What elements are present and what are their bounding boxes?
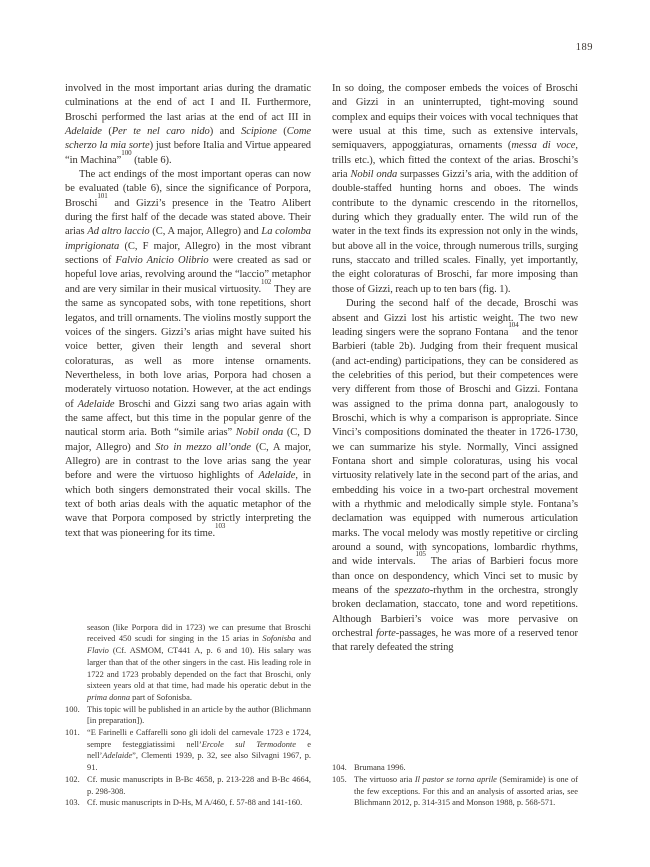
footnote-number: 100. bbox=[65, 704, 87, 727]
footnote-text: Cf. music manuscripts in D-Hs, M A/460, … bbox=[87, 797, 311, 809]
italic-text: Scipione bbox=[241, 126, 277, 137]
italic-text: spezzato bbox=[395, 585, 430, 596]
footnote-text: This topic will be published in an artic… bbox=[87, 704, 311, 727]
right-column: In so doing, the composer embeds the voi… bbox=[332, 82, 578, 809]
text-columns: involved in the most important arias dur… bbox=[65, 82, 578, 809]
footnote-number: 105. bbox=[332, 774, 354, 809]
footnote-ref: 100 bbox=[121, 149, 131, 157]
footnote: 100.This topic will be published in an a… bbox=[65, 704, 311, 727]
footnote-number: 103. bbox=[65, 797, 87, 809]
italic-text: Ercole sul Termodonte bbox=[202, 740, 296, 749]
paragraph: During the second half of the decade, Br… bbox=[332, 297, 578, 656]
footnote: season (like Porpora did in 1723) we can… bbox=[65, 622, 311, 704]
footnote-ref: 101 bbox=[97, 192, 107, 200]
footnote: 102.Cf. music manuscripts in B-Bc 4658, … bbox=[65, 774, 311, 797]
footnote-number: 102. bbox=[65, 774, 87, 797]
italic-text: Adelaide bbox=[102, 751, 132, 760]
footnote-ref: 104 bbox=[508, 321, 518, 329]
left-column-footnotes: season (like Porpora did in 1723) we can… bbox=[65, 622, 311, 809]
left-column-body: involved in the most important arias dur… bbox=[65, 82, 311, 541]
footnote-number bbox=[65, 622, 87, 704]
footnote-text: Cf. music manuscripts in B-Bc 4658, p. 2… bbox=[87, 774, 311, 797]
italic-text: Il pastor se torna aprile bbox=[415, 775, 497, 784]
italic-text: Nobil onda bbox=[350, 169, 397, 180]
footnote-number: 101. bbox=[65, 727, 87, 774]
italic-text: Adelaide bbox=[78, 399, 115, 410]
footnote-text: Brumana 1996. bbox=[354, 762, 578, 774]
footnote-text: “E Farinelli e Caffarelli sono gli idoli… bbox=[87, 727, 311, 774]
footnote-ref: 103 bbox=[215, 522, 225, 530]
document-page: 189 involved in the most important arias… bbox=[0, 0, 650, 867]
italic-text: Flavio bbox=[87, 646, 109, 655]
footnote: 104.Brumana 1996. bbox=[332, 762, 578, 774]
italic-text: Sofonisba bbox=[262, 634, 295, 643]
paragraph: The act endings of the most important op… bbox=[65, 168, 311, 541]
italic-text: messa di voce bbox=[511, 140, 575, 151]
italic-text: Per te nel caro nido bbox=[112, 126, 210, 137]
italic-text: Sto in mezzo all’onde bbox=[155, 442, 251, 453]
italic-text: prima donna bbox=[87, 693, 130, 702]
footnote: 103.Cf. music manuscripts in D-Hs, M A/4… bbox=[65, 797, 311, 809]
right-column-body: In so doing, the composer embeds the voi… bbox=[332, 82, 578, 656]
footnote-number: 104. bbox=[332, 762, 354, 774]
footnote: 101.“E Farinelli e Caffarelli sono gli i… bbox=[65, 727, 311, 774]
left-column: involved in the most important arias dur… bbox=[65, 82, 311, 809]
italic-text: Falvio Anicio Olibrio bbox=[116, 255, 209, 266]
footnote-text: season (like Porpora did in 1723) we can… bbox=[87, 622, 311, 704]
italic-text: Nobil onda bbox=[236, 427, 284, 438]
footnote-ref: 102 bbox=[261, 278, 271, 286]
italic-text: Adelaide bbox=[65, 126, 102, 137]
paragraph: involved in the most important arias dur… bbox=[65, 82, 311, 168]
right-column-footnotes: 104.Brumana 1996.105.The virtuoso aria I… bbox=[332, 762, 578, 809]
italic-text: Adelaide bbox=[258, 470, 295, 481]
italic-text: Ad altro laccio bbox=[87, 226, 149, 237]
paragraph: In so doing, the composer embeds the voi… bbox=[332, 82, 578, 297]
footnote-ref: 105 bbox=[416, 550, 426, 558]
page-number: 189 bbox=[576, 42, 593, 53]
footnote: 105.The virtuoso aria Il pastor se torna… bbox=[332, 774, 578, 809]
footnote-text: The virtuoso aria Il pastor se torna apr… bbox=[354, 774, 578, 809]
italic-text: forte bbox=[376, 628, 396, 639]
